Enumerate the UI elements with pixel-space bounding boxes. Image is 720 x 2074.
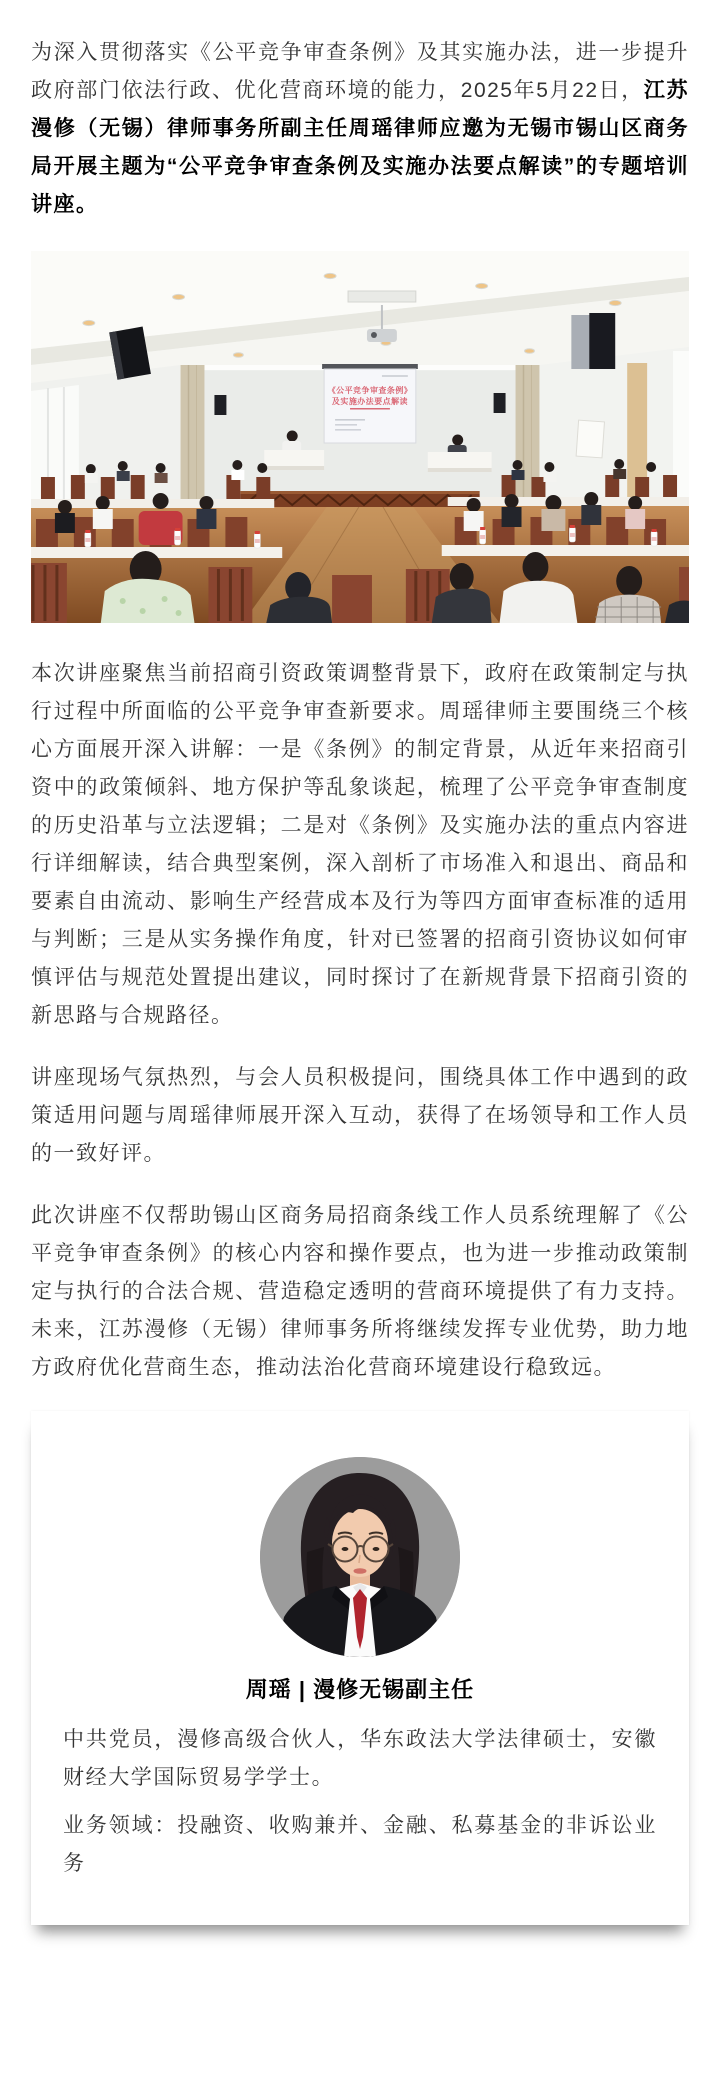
speaker-bio-education: 中共党员，漫修高级合伙人，华东政法大学法律硕士，安徽财经大学国际贸易学学士。: [63, 1721, 657, 1797]
flip-chart: [576, 420, 604, 458]
speaker-avatar: [260, 1457, 460, 1657]
front-speaker-left: [214, 395, 226, 415]
speaker-bio-practice: 业务领域：投融资、收购兼并、金融、私募基金的非诉讼业务: [63, 1807, 657, 1883]
wood-pilaster-left: [181, 365, 205, 505]
slide-title-line1: 《公平竞争审查条例》: [328, 385, 413, 395]
speaker-portrait: [260, 1457, 460, 1657]
intro-paragraph: 为深入贯彻落实《公平竞争审查条例》及其实施办法，进一步提升政府部门依法行政、优化…: [31, 34, 689, 224]
front-speaker-right: [494, 393, 506, 413]
paragraph-lecture-content: 本次讲座聚焦当前招商引资政策调整背景下，政府在政策制定与执行过程中所面临的公平竞…: [31, 655, 689, 1035]
article-page: { "article": { "paragraph1_regular": "为深…: [0, 0, 720, 2074]
speaker-profile-card: 周瑶 | 漫修无锡副主任 中共党员，漫修高级合伙人，华东政法大学法律硕士，安徽财…: [31, 1411, 689, 1925]
lecture-photo-graphic: 《公平竞争审查条例》 及实施办法要点解读: [31, 251, 689, 623]
paragraph-closing: 此次讲座不仅帮助锡山区商务局招商条线工作人员系统理解了《公平竞争审查条例》的核心…: [31, 1197, 689, 1387]
lecture-photo[interactable]: 《公平竞争审查条例》 及实施办法要点解读: [31, 251, 689, 623]
speaker-name: 周瑶 | 漫修无锡副主任: [63, 1675, 657, 1705]
slide-title-line2: 及实施办法要点解读: [332, 396, 408, 406]
wall-speaker-right: [571, 313, 615, 369]
paragraph-interaction: 讲座现场气氛热烈，与会人员积极提问，围绕具体工作中遇到的政策适用问题与周瑶律师展…: [31, 1059, 689, 1173]
stage-front-band: [240, 491, 479, 507]
intro-paragraph-regular: 为深入贯彻落实《公平竞争审查条例》及其实施办法，进一步提升政府部门依法行政、优化…: [31, 41, 689, 102]
article-body: 为深入贯彻落实《公平竞争审查条例》及其实施办法，进一步提升政府部门依法行政、优化…: [0, 0, 720, 1925]
projection-screen: 《公平竞争审查条例》 及实施办法要点解读: [322, 364, 418, 443]
air-vent: [348, 291, 416, 302]
